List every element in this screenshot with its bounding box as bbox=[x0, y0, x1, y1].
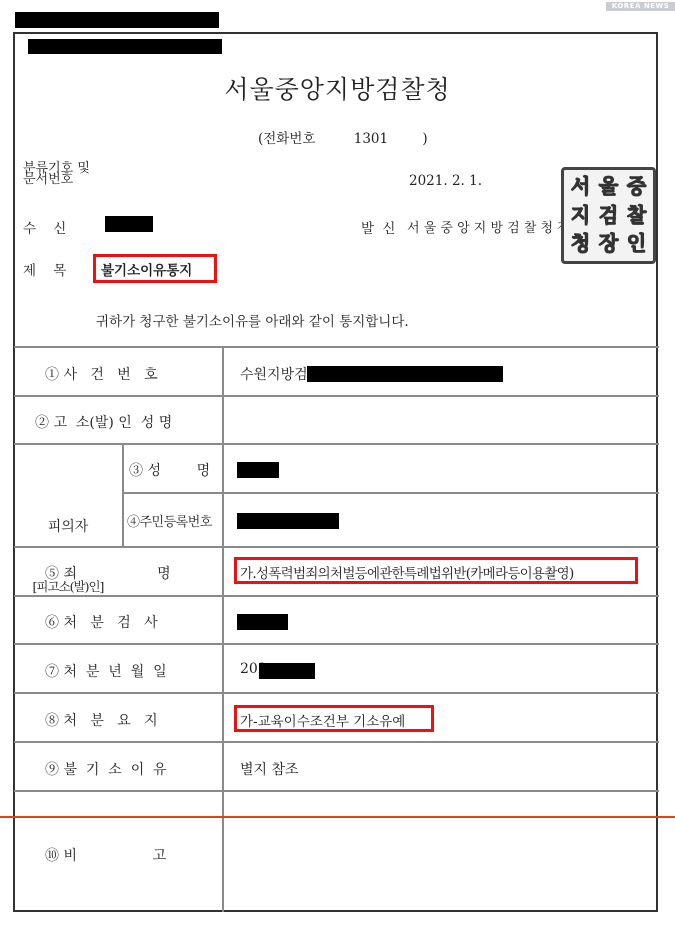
seal-char: 청 bbox=[567, 230, 594, 258]
annotation-line bbox=[0, 816, 675, 818]
suspect-group-label: 피의자 [피고소(발)인] bbox=[30, 477, 106, 617]
seal-char: 장 bbox=[595, 230, 622, 258]
complainant-name-label: ② 고 소(발) 인 성 명 bbox=[35, 412, 172, 432]
seal-char: 찰 bbox=[623, 202, 650, 230]
table-border bbox=[222, 346, 224, 912]
sender-label: 발 신 bbox=[361, 217, 397, 237]
redaction-disposition-date bbox=[259, 663, 315, 679]
classification-label: 분류기호 및 문서번호 bbox=[23, 163, 90, 185]
table-border bbox=[123, 492, 659, 494]
watermark-logo: KOREA NEWS bbox=[606, 2, 675, 11]
table-border bbox=[14, 346, 659, 348]
agency-title: 서울중앙지방검찰청 bbox=[0, 70, 675, 106]
disposition-summary-value: 가-교육이수조건부 기소유예 bbox=[240, 710, 405, 730]
subject-label: 제 목 bbox=[23, 259, 66, 279]
redaction-top-inner bbox=[28, 39, 222, 54]
intro-text: 귀하가 청구한 불기소이유를 아래와 같이 통지합니다. bbox=[96, 310, 409, 330]
table-border bbox=[14, 692, 659, 694]
seal-char: 인 bbox=[623, 230, 650, 258]
table-border bbox=[14, 395, 659, 397]
non-indictment-reason-value: 별지 참조 bbox=[240, 759, 299, 779]
seal-char: 울 bbox=[595, 173, 622, 201]
charge-value: 가.성폭력범죄의처벌등에관한특례법위반(카메라등이용촬영) bbox=[240, 562, 574, 582]
phone-close: ) bbox=[422, 131, 427, 147]
case-number-value: 수원지방검 bbox=[240, 364, 308, 384]
resident-number-label: ④주민등록번호 bbox=[127, 511, 212, 530]
table-border bbox=[14, 595, 659, 597]
disposition-date-label: ⑦ 처 분 년 월 일 bbox=[45, 661, 167, 681]
case-number-label: ① 사 건 번 호 bbox=[45, 364, 158, 384]
table-border bbox=[122, 443, 124, 547]
recipient-label: 수 신 bbox=[23, 217, 66, 237]
phone-line: (전화번호 1301 ) bbox=[258, 127, 428, 147]
redaction-resident-number bbox=[237, 513, 339, 529]
table-border bbox=[14, 546, 659, 548]
charge-label: ⑤ 죄 명 bbox=[45, 563, 171, 583]
subject-value: 불기소이유통지 bbox=[101, 259, 192, 279]
official-seal-icon: 서 울 중 지 검 찰 청 장 인 bbox=[561, 167, 656, 264]
suspect-name-label: ③ 성 명 bbox=[129, 460, 210, 480]
seal-char: 중 bbox=[623, 173, 650, 201]
phone-label: (전화번호 bbox=[258, 127, 315, 147]
seal-char: 서 bbox=[567, 173, 594, 201]
seal-char: 지 bbox=[567, 202, 594, 230]
table-border bbox=[14, 741, 659, 743]
redaction-recipient bbox=[105, 216, 153, 232]
disposition-summary-label: ⑧ 처 분 요 지 bbox=[45, 710, 158, 730]
prosecutor-label: ⑥ 처 분 검 사 bbox=[45, 612, 158, 632]
phone-number: 1301 bbox=[354, 131, 388, 147]
redaction-top-outer bbox=[15, 12, 219, 28]
document-date: 2021. 2. 1. bbox=[409, 173, 482, 189]
non-indictment-reason-label: ⑨ 불 기 소 이 유 bbox=[45, 759, 167, 779]
table-border bbox=[14, 643, 659, 645]
suspect-group-line1: 피의자 bbox=[30, 517, 106, 537]
redaction-suspect-name bbox=[237, 462, 279, 478]
sender-value: 서 울 중 앙 지 방 검 찰 청 장 bbox=[407, 217, 570, 236]
redaction-case-number bbox=[307, 366, 503, 382]
document-frame bbox=[13, 32, 658, 912]
redaction-prosecutor bbox=[237, 614, 288, 630]
table-border bbox=[14, 443, 659, 445]
table-border bbox=[14, 790, 659, 792]
remarks-label: ⑩ 비 고 bbox=[45, 845, 166, 865]
seal-char: 검 bbox=[595, 202, 622, 230]
